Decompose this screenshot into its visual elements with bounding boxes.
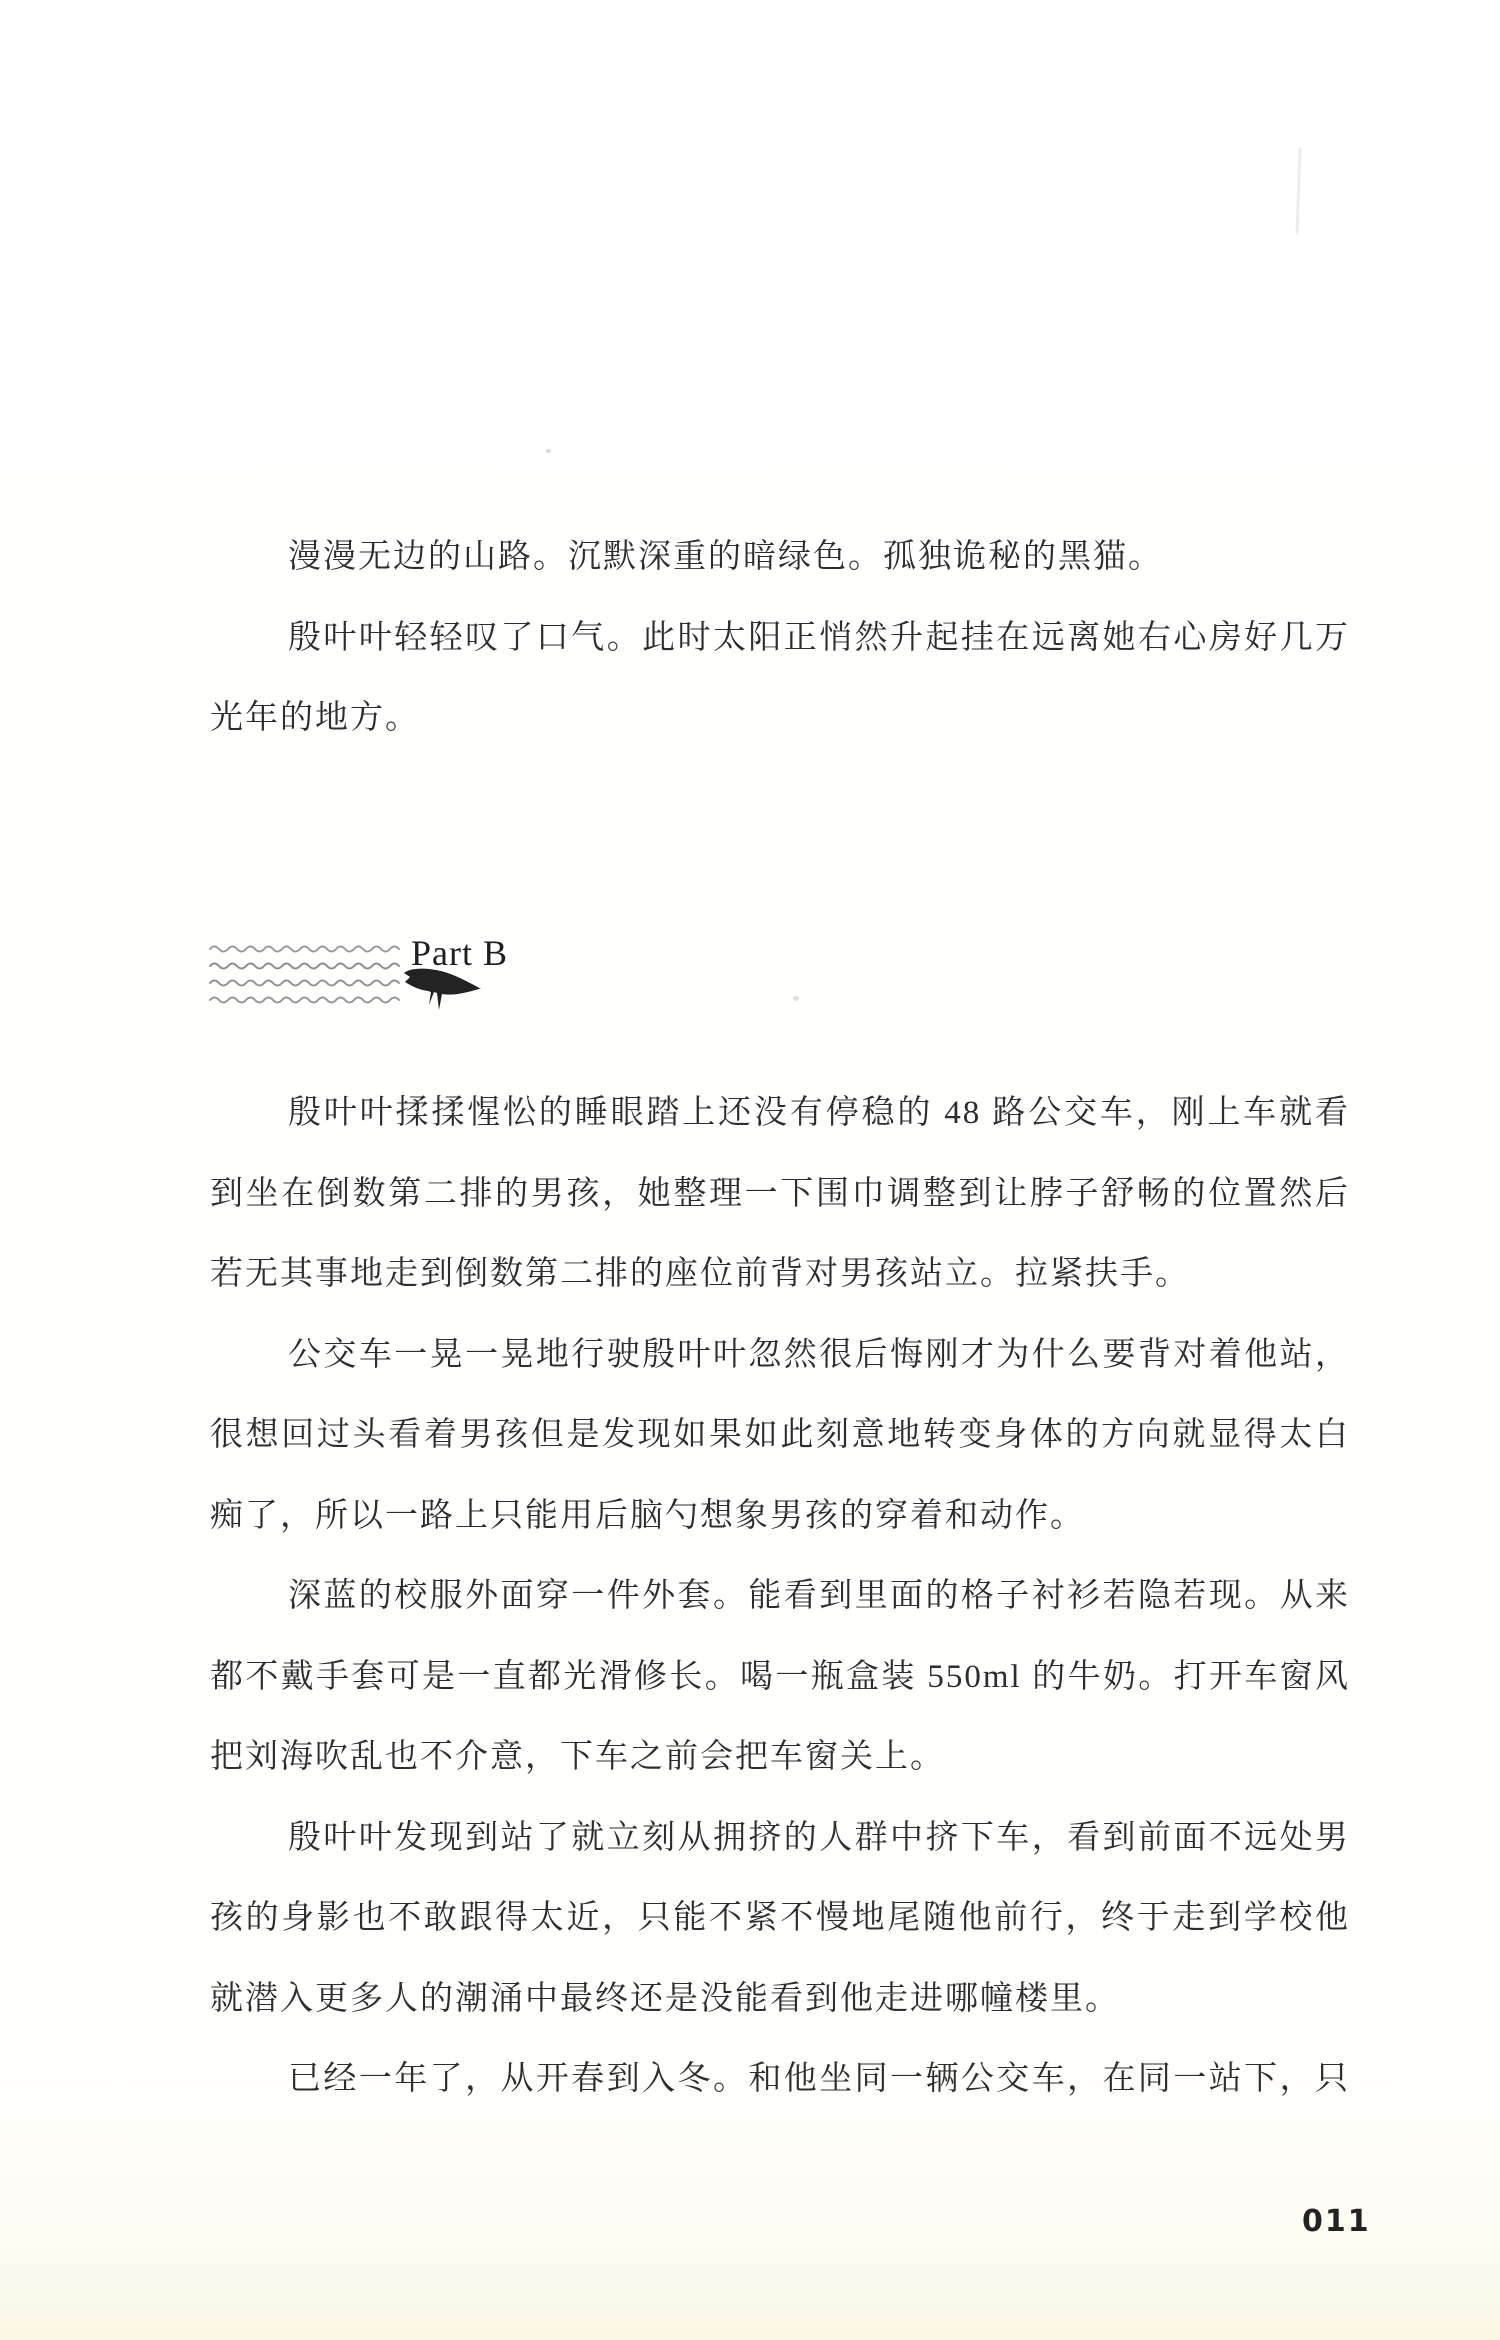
text-line: 深蓝的校服外面穿一件外套。能看到里面的格子衬衫若隐若现。从来: [210, 1556, 1350, 1637]
text-line: 殷叶叶揉揉惺忪的睡眼踏上还没有停稳的 48 路公交车，刚上车就看: [210, 1073, 1350, 1154]
text-line: 漫漫无边的山路。沉默深重的暗绿色。孤独诡秘的黑猫。: [210, 517, 1350, 598]
text-line: 公交车一晃一晃地行驶殷叶叶忽然很后悔刚才为什么要背对着他站，: [210, 1315, 1350, 1396]
body-paragraphs: 殷叶叶揉揉惺忪的睡眼踏上还没有停稳的 48 路公交车，刚上车就看到坐在倒数第二排…: [210, 1073, 1350, 2120]
text-line: 孩的身影也不敢跟得太近，只能不紧不慢地尾随他前行，终于走到学校他: [210, 1878, 1350, 1959]
text-line: 把刘海吹乱也不介意，下车之前会把车窗关上。: [210, 1717, 1350, 1798]
text-line: 殷叶叶发现到站了就立刻从拥挤的人群中挤下车，看到前面不远处男: [210, 1798, 1350, 1879]
text-line: 痴了，所以一路上只能用后脑勺想象男孩的穿着和动作。: [210, 1476, 1350, 1557]
text-line: 已经一年了，从开春到入冬。和他坐同一辆公交车，在同一站下，只: [210, 2039, 1350, 2120]
scan-speck: [793, 996, 799, 1001]
page-number: 011: [1302, 2204, 1371, 2239]
whale-icon: [401, 961, 482, 1012]
wave-lines-icon: [208, 941, 404, 1007]
text-line: 都不戴手套可是一直都光滑修长。喝一瓶盒装 550ml 的牛奶。打开车窗风: [210, 1637, 1350, 1718]
scan-scratch: [1296, 148, 1302, 234]
text-line: 就潜入更多人的潮涌中最终还是没能看到他走进哪幢楼里。: [210, 1959, 1350, 2040]
scan-speck: [546, 449, 551, 453]
book-page: 漫漫无边的山路。沉默深重的暗绿色。孤独诡秘的黑猫。殷叶叶轻轻叹了口气。此时太阳正…: [0, 0, 1500, 2340]
text-line: 若无其事地走到倒数第二排的座位前背对男孩站立。拉紧扶手。: [210, 1234, 1350, 1315]
text-line: 到坐在倒数第二排的男孩，她整理一下围巾调整到让脖子舒畅的位置然后: [210, 1154, 1350, 1235]
opening-paragraphs: 漫漫无边的山路。沉默深重的暗绿色。孤独诡秘的黑猫。殷叶叶轻轻叹了口气。此时太阳正…: [210, 517, 1350, 759]
text-line: 殷叶叶轻轻叹了口气。此时太阳正悄然升起挂在远离她右心房好几万: [210, 598, 1350, 679]
text-line: 很想回过头看着男孩但是发现如果如此刻意地转变身体的方向就显得太白: [210, 1395, 1350, 1476]
text-line: 光年的地方。: [210, 678, 1350, 759]
